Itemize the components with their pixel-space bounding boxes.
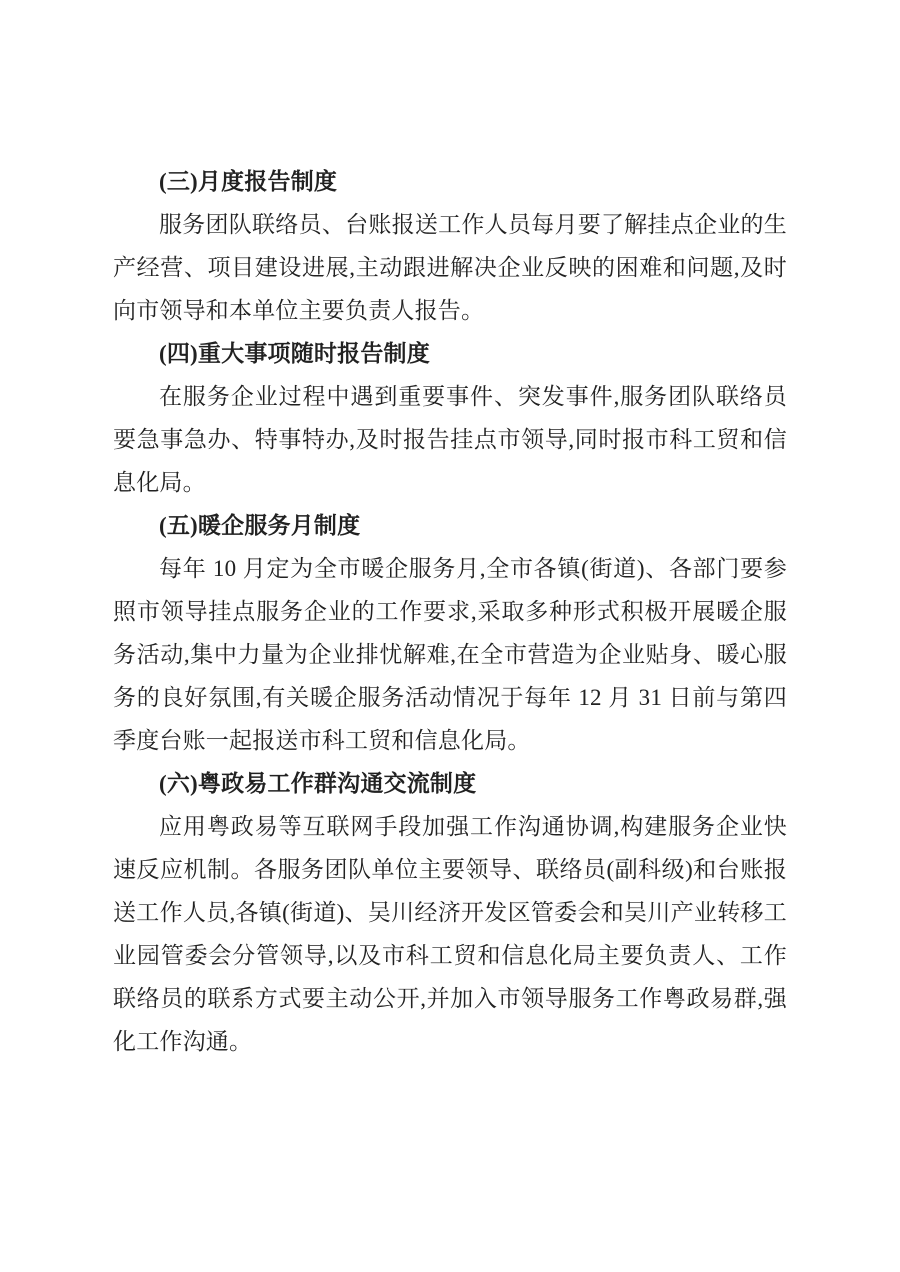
section-heading-warm-enterprise-month: (五)暖企服务月制度: [113, 504, 787, 547]
document-text-block: (三)月度报告制度 服务团队联络员、台账报送工作人员每月要了解挂点企业的生产经营…: [113, 160, 787, 1063]
section-paragraph-yuezhengyi-group: 应用粤政易等互联网手段加强工作沟通协调,构建服务企业快速反应机制。各服务团队单位…: [113, 805, 787, 1063]
section-heading-monthly-report: (三)月度报告制度: [113, 160, 787, 203]
section-paragraph-major-events-report: 在服务企业过程中遇到重要事件、突发事件,服务团队联络员要急事急办、特事特办,及时…: [113, 375, 787, 504]
section-paragraph-warm-enterprise-month: 每年 10 月定为全市暖企服务月,全市各镇(街道)、各部门要参照市领导挂点服务企…: [113, 547, 787, 762]
section-heading-yuezhengyi-group: (六)粤政易工作群沟通交流制度: [113, 762, 787, 805]
document-page: (三)月度报告制度 服务团队联络员、台账报送工作人员每月要了解挂点企业的生产经营…: [0, 0, 900, 1272]
section-heading-major-events-report: (四)重大事项随时报告制度: [113, 332, 787, 375]
section-paragraph-monthly-report: 服务团队联络员、台账报送工作人员每月要了解挂点企业的生产经营、项目建设进展,主动…: [113, 203, 787, 332]
